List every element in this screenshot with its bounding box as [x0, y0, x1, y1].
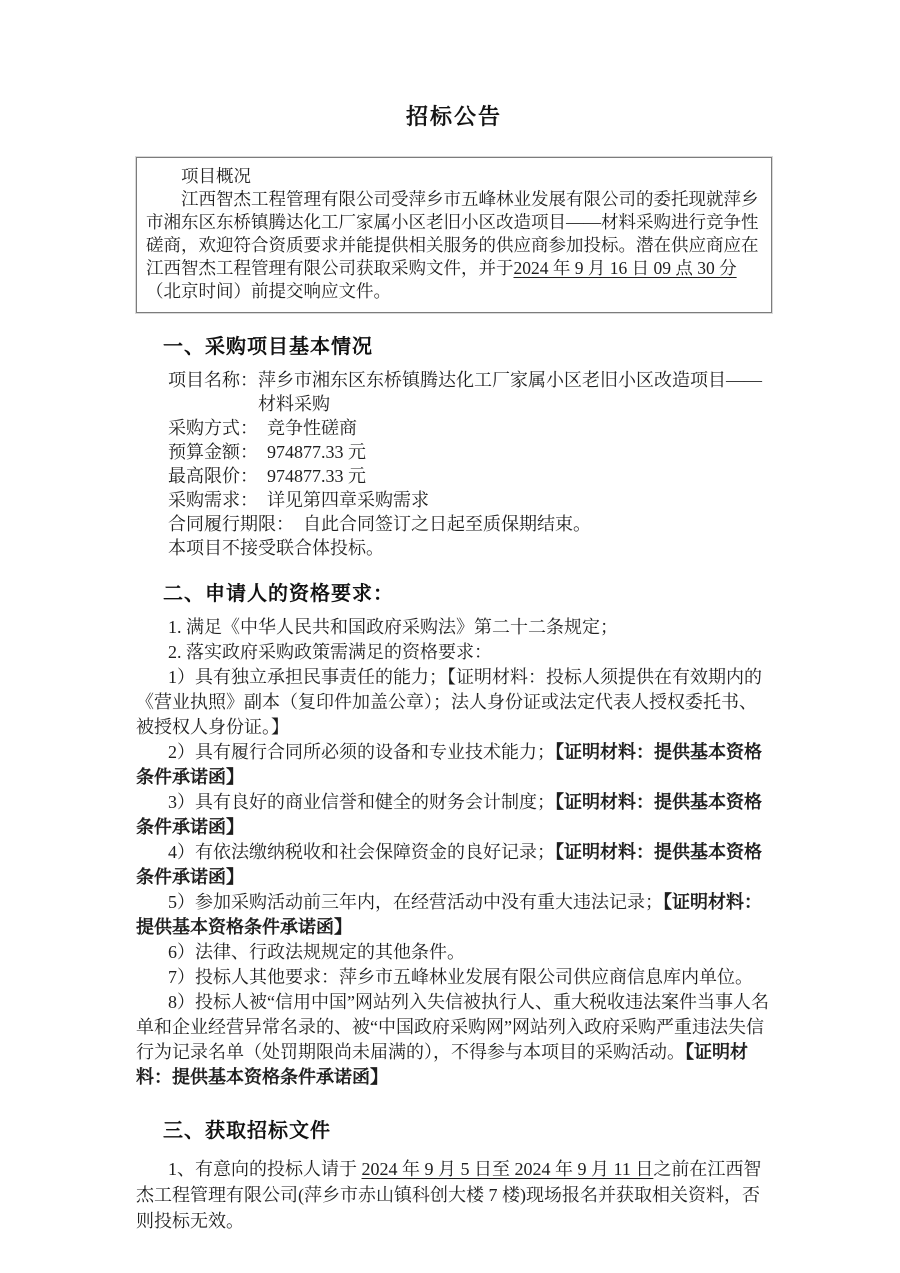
overview-heading: 项目概况 [146, 165, 762, 188]
registration-date-range-underlined: 2024 年 9 月 5 日至 2024 年 9 月 11 日 [362, 1159, 654, 1179]
field-row-max-price: 最高限价： 974877.33 元 [168, 464, 772, 488]
response-deadline-underlined: 2024 年 9 月 16 日 09 点 30 分 [514, 258, 737, 278]
section-heading-obtain-documents: 三、获取招标文件 [136, 1114, 772, 1143]
qualification-text: 3）具有良好的商业信誉和健全的财务会计制度； [168, 792, 555, 812]
qualification-item: 6）法律、行政法规规定的其他条件。 [136, 940, 772, 965]
document-content: 招标公告 项目概况 江西智杰工程管理有限公司受萍乡市五峰林业发展有限公司的委托现… [0, 0, 900, 1234]
qualification-text: 2. 落实政府采购政策需满足的资格要求： [168, 642, 492, 662]
qualification-item: 4）有依法缴纳税收和社会保障资金的良好记录；【证明材料：提供基本资格条件承诺函】 [136, 840, 772, 890]
qualification-text: 7）投标人其他要求：萍乡市五峰林业发展有限公司供应商信息库内单位。 [168, 967, 753, 987]
qualification-text: 1）具有独立承担民事责任的能力；【证明材料：投标人须提供在有效期内的《营业执照》… [136, 667, 762, 737]
field-label: 项目名称： [168, 368, 258, 392]
qualification-text: 1. 满足《中华人民共和国政府采购法》第二十二条规定； [168, 617, 618, 637]
qualification-item: 5）参加采购活动前三年内，在经营活动中没有重大违法记录；【证明材料：提供基本资格… [136, 890, 772, 940]
field-value: 详见第四章采购需求 [267, 488, 772, 512]
field-row-contract-period: 合同履行期限： 自此合同签订之日起至质保期结束。 [168, 512, 772, 536]
section-heading-qualifications: 二、申请人的资格要求： [136, 577, 772, 606]
qualification-item: 1）具有独立承担民事责任的能力；【证明材料：投标人须提供在有效期内的《营业执照》… [136, 665, 772, 740]
field-label: 预算金额： [168, 440, 258, 464]
section-heading-basic-info: 一、采购项目基本情况 [136, 330, 772, 359]
page-title: 招标公告 [136, 100, 772, 131]
obtain-before-text: 1、有意向的投标人请于 [168, 1159, 362, 1179]
field-label: 采购方式： [168, 416, 258, 440]
field-label: 最高限价： [168, 464, 258, 488]
document-page: 招标公告 项目概况 江西智杰工程管理有限公司受萍乡市五峰林业发展有限公司的委托现… [0, 0, 900, 1273]
qualification-item: 2）具有履行合同所必须的设备和专业技术能力；【证明材料：提供基本资格条件承诺函】 [136, 740, 772, 790]
overview-outro-text: （北京时间）前提交响应文件。 [146, 281, 391, 301]
field-value: 萍乡市湘东区东桥镇腾达化工厂家属小区老旧小区改造项目——材料采购 [258, 368, 772, 416]
qualification-text: 8）投标人被“信用中国”网站列入失信被执行人、重大税收违法案件当事人名单和企业经… [136, 992, 769, 1062]
qualification-text: 2）具有履行合同所必须的设备和专业技术能力； [168, 742, 555, 762]
qualification-item: 8）投标人被“信用中国”网站列入失信被执行人、重大税收违法案件当事人名单和企业经… [136, 990, 772, 1090]
field-value: 自此合同签订之日起至质保期结束。 [303, 512, 772, 536]
obtain-documents-paragraph: 1、有意向的投标人请于 2024 年 9 月 5 日至 2024 年 9 月 1… [136, 1156, 772, 1234]
field-label: 采购需求： [168, 488, 258, 512]
qualification-items: 1. 满足《中华人民共和国政府采购法》第二十二条规定； 2. 落实政府采购政策需… [136, 615, 772, 1090]
field-row-procurement-demand: 采购需求： 详见第四章采购需求 [168, 488, 772, 512]
field-row-project-name: 项目名称： 萍乡市湘东区东桥镇腾达化工厂家属小区老旧小区改造项目——材料采购 [168, 368, 772, 416]
qualification-text: 6）法律、行政法规规定的其他条件。 [168, 942, 465, 962]
field-row-procurement-method: 采购方式： 竞争性磋商 [168, 416, 772, 440]
field-label: 合同履行期限： [168, 512, 294, 536]
qualification-item: 1. 满足《中华人民共和国政府采购法》第二十二条规定； [136, 615, 772, 640]
no-consortium-note: 本项目不接受联合体投标。 [168, 536, 772, 560]
field-value: 974877.33 元 [267, 464, 772, 488]
field-row-budget-amount: 预算金额： 974877.33 元 [168, 440, 772, 464]
qualification-text: 5）参加采购活动前三年内，在经营活动中没有重大违法记录； [168, 892, 663, 912]
qualification-text: 4）有依法缴纳税收和社会保障资金的良好记录； [168, 842, 555, 862]
field-value: 竞争性磋商 [267, 416, 772, 440]
field-value: 974877.33 元 [267, 440, 772, 464]
qualification-item: 7）投标人其他要求：萍乡市五峰林业发展有限公司供应商信息库内单位。 [136, 965, 772, 990]
qualification-item: 2. 落实政府采购政策需满足的资格要求： [136, 640, 772, 665]
qualification-item: 3）具有良好的商业信誉和健全的财务会计制度；【证明材料：提供基本资格条件承诺函】 [136, 790, 772, 840]
basic-info-fields: 项目名称： 萍乡市湘东区东桥镇腾达化工厂家属小区老旧小区改造项目——材料采购 采… [168, 368, 772, 560]
project-overview-box: 项目概况 江西智杰工程管理有限公司受萍乡市五峰林业发展有限公司的委托现就萍乡市湘… [136, 157, 772, 313]
overview-paragraph: 江西智杰工程管理有限公司受萍乡市五峰林业发展有限公司的委托现就萍乡市湘东区东桥镇… [146, 188, 762, 303]
